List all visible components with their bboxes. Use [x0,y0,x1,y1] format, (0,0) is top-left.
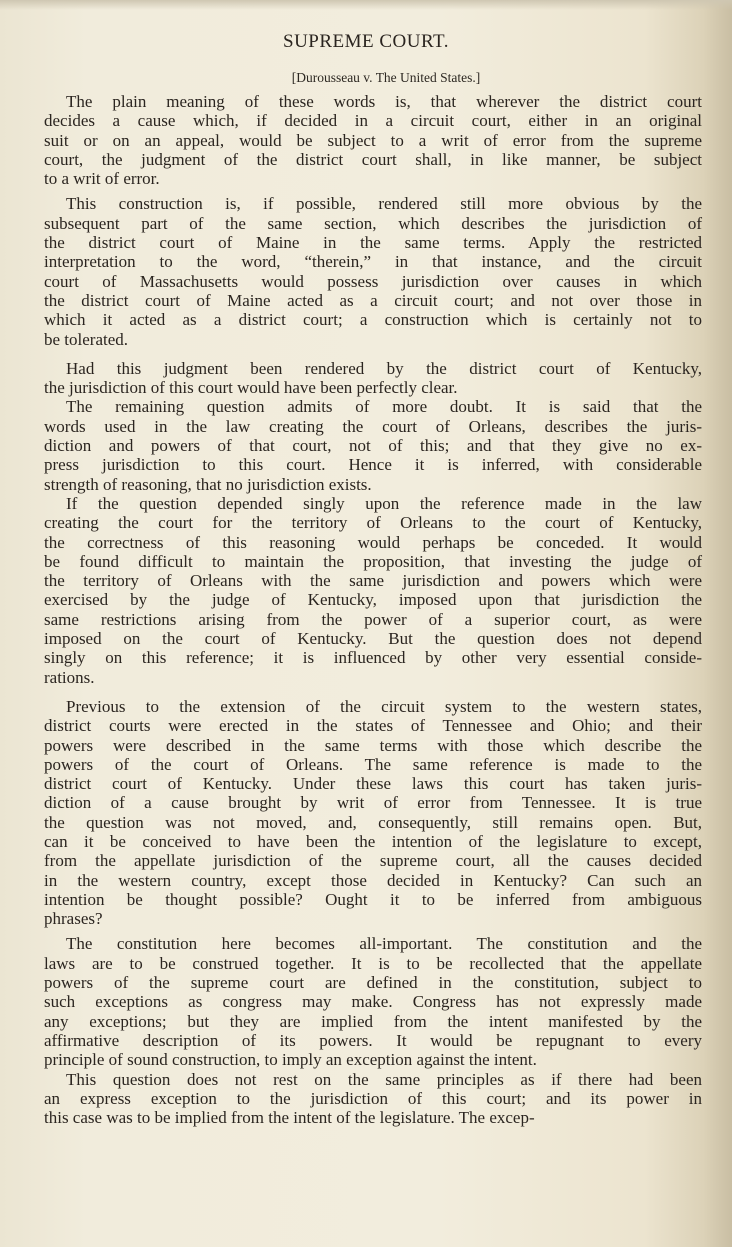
text-line: Previous to the extension of the circuit… [44,697,702,716]
text-line: an express exception to the jurisdiction… [44,1089,702,1108]
text-line: same restrictions arising from the power… [44,610,702,629]
text-line: the jurisdiction of this court would hav… [44,378,702,397]
page-top-shadow [0,0,732,10]
paragraph-gap [44,349,702,359]
text-line: intention be thought possible? Ought it … [44,890,702,909]
text-line: which it acted as a district court; a co… [44,310,702,329]
text-line: the district court of Maine in the same … [44,233,702,252]
text-line: If the question depended singly upon the… [44,494,702,513]
book-page: SUPREME COURT. [Durousseau v. The United… [0,0,732,1247]
text-line: suit or on an appeal, would be subject t… [44,131,702,150]
text-line: rations. [44,668,702,687]
text-line: Had this judgment been rendered by the d… [44,359,702,378]
text-line: district court of Kentucky. Under these … [44,774,702,793]
text-line: The constitution here becomes all-import… [44,934,702,953]
text-line: The remaining question admits of more do… [44,397,702,416]
text-line: any exceptions; but they are implied fro… [44,1012,702,1031]
paragraph-gap [44,687,702,697]
paragraph: This construction is, if possible, rende… [44,194,702,348]
text-line: diction and powers of that court, not of… [44,436,702,455]
paragraph: Had this judgment been rendered by the d… [44,359,702,398]
text-line: be found difficult to maintain the propo… [44,552,702,571]
text-line: in the western country, except those dec… [44,871,702,890]
text-line: this case was to be implied from the int… [44,1108,702,1127]
running-head: SUPREME COURT. [0,31,732,53]
text-line: court of Massachusetts would possess jur… [44,272,702,291]
text-line: words used in the law creating the court… [44,417,702,436]
text-line: district courts were erected in the stat… [44,716,702,735]
text-line: the question was not moved, and, consequ… [44,813,702,832]
text-line: from the appellate jurisdiction of the s… [44,851,702,870]
text-line: such exceptions as congress may make. Co… [44,992,702,1011]
text-line: This question does not rest on the same … [44,1070,702,1089]
text-line: court, the judgment of the district cour… [44,150,702,169]
text-line: the correctness of this reasoning would … [44,533,702,552]
text-line: powers of the court of Orleans. The same… [44,755,702,774]
text-line: interpretation to the word, “therein,” i… [44,252,702,271]
paragraph: Previous to the extension of the circuit… [44,697,702,929]
paragraph: If the question depended singly upon the… [44,494,702,687]
text-line: principle of sound construction, to impl… [44,1050,702,1069]
text-line: The plain meaning of these words is, tha… [44,92,702,111]
text-line: the territory of Orleans with the same j… [44,571,702,590]
text-line: singly on this reference; it is influenc… [44,648,702,667]
paragraph: The constitution here becomes all-import… [44,934,702,1069]
text-line: be tolerated. [44,330,702,349]
text-line: powers were described in the same terms … [44,736,702,755]
text-line: exercised by the judge of Kentucky, impo… [44,590,702,609]
text-line: affirmative description of its powers. I… [44,1031,702,1050]
text-line: decides a cause which, if decided in a c… [44,111,702,130]
paragraph: The plain meaning of these words is, tha… [44,92,702,188]
text-line: subsequent part of the same section, whi… [44,214,702,233]
text-line: can it be conceived to have been the int… [44,832,702,851]
text-line: the district court of Maine acted as a c… [44,291,702,310]
text-line: press jurisdiction to this court. Hence … [44,455,702,474]
text-line: to a writ of error. [44,169,702,188]
text-line: diction of a cause brought by writ of er… [44,793,702,812]
page-body: The plain meaning of these words is, tha… [44,92,702,1127]
text-line: laws are to be construed together. It is… [44,954,702,973]
text-line: strength of reasoning, that no jurisdict… [44,475,702,494]
text-line: This construction is, if possible, rende… [44,194,702,213]
text-line: imposed on the court of Kentucky. But th… [44,629,702,648]
case-caption: [Durousseau v. The United States.] [0,70,732,86]
paragraph: The remaining question admits of more do… [44,397,702,493]
paragraph: This question does not rest on the same … [44,1070,702,1128]
text-line: powers of the supreme court are defined … [44,973,702,992]
text-line: phrases? [44,909,702,928]
text-line: creating the court for the territory of … [44,513,702,532]
